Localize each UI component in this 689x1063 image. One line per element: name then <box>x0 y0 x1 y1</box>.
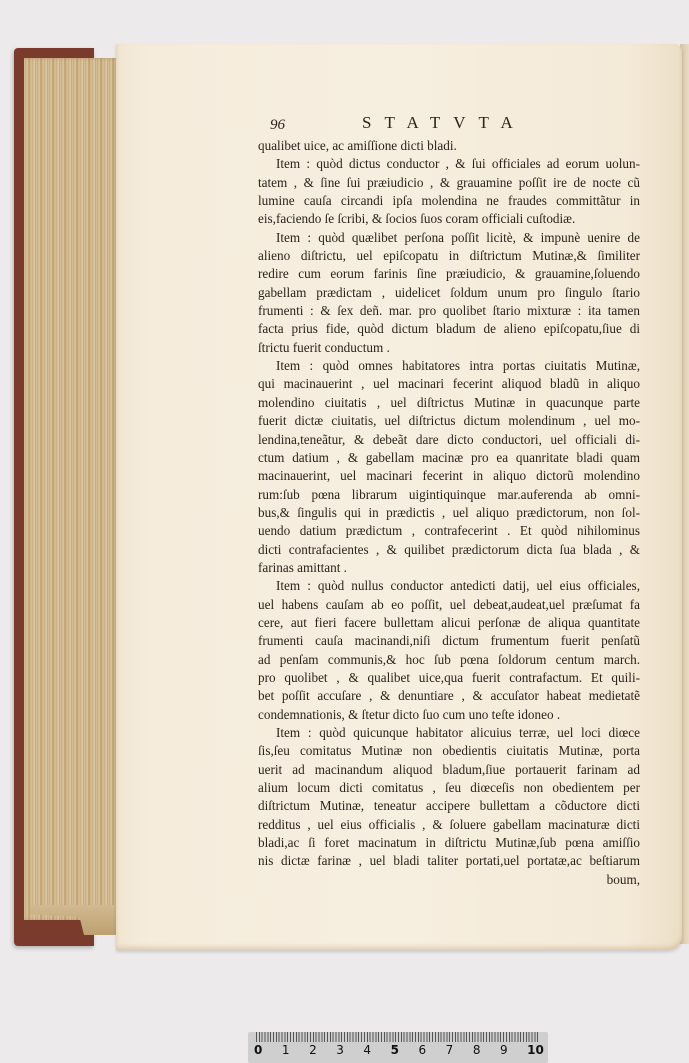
ruler-label: 1 <box>282 1043 290 1063</box>
ruler-label: 8 <box>473 1043 481 1063</box>
text-line: eis,faciendo ſe ſcribi, & ſocios ſuos co… <box>258 210 640 228</box>
text-line: qualibet uice, ac amiſſione dicti bladi. <box>258 137 640 155</box>
text-line: bladi,ac ſi foret macinatum in diſtrictu… <box>258 834 640 852</box>
page-text-block: 96 STATVTA qualibet uice, ac amiſſione d… <box>258 113 646 889</box>
text-line: redire cum eorum farinis ſine præiudicio… <box>258 265 640 283</box>
text-line: lumine cauſa circandi ipſa molendina ne … <box>258 192 640 210</box>
text-line: qui macinauerint , uel macinari fecerint… <box>258 375 640 393</box>
ruler-label: 10 <box>527 1043 544 1063</box>
text-line: rum:ſub pœna librarum uigintiquinque mar… <box>258 486 640 504</box>
text-line: Item : quòd quicunque habitator alicuius… <box>258 724 640 742</box>
text-line: ſtrictu fuerit conductum . <box>258 339 640 357</box>
ruler-label: 6 <box>418 1043 426 1063</box>
text-line: uerit ad macinandum aliquod bladum,ſiue … <box>258 761 640 779</box>
text-line: frumenti cauſa macinandi,niſi dictum fru… <box>258 632 640 650</box>
ruler-label: 0 <box>254 1043 262 1063</box>
catchword: boum, <box>258 871 640 889</box>
scale-ruler: 012345678910 <box>248 1032 548 1063</box>
text-line: facta prius fide, quòd dictum bladum de … <box>258 320 640 338</box>
ruler-label: 9 <box>500 1043 508 1063</box>
text-line: Item : quòd nullus conductor antedicti d… <box>258 577 640 595</box>
ruler-label: 2 <box>309 1043 317 1063</box>
text-line: condemnationis, & ſtetur dicto ſuo cum u… <box>258 706 640 724</box>
page-number: 96 <box>270 117 285 134</box>
text-line: Item : quòd dictus conductor , & ſui off… <box>258 155 640 173</box>
text-line: Item : quòd omnes habitatores intra port… <box>258 357 640 375</box>
text-line: alieno diſtrictu, uel epiſcopatu in diſt… <box>258 247 640 265</box>
text-line: cere, aut fieri facere bullettam alicui … <box>258 614 640 632</box>
ruler-ticks <box>256 1032 540 1042</box>
ruler-label: 5 <box>391 1043 399 1063</box>
text-line: ad penſam communis,& hoc ſub pœna ſoldor… <box>258 651 640 669</box>
text-line: pro quolibet , & qualibet uice,qua fueri… <box>258 669 640 687</box>
text-line: bet poſſit accuſare , & denuntiare , & a… <box>258 687 640 705</box>
running-title: STATVTA <box>362 113 526 133</box>
text-line: farinas amittant . <box>258 559 640 577</box>
text-line: gabellam prædictam , uidelicet ſoldum un… <box>258 284 640 302</box>
text-line: alium locum dicti comitatus , ſeu diœceſ… <box>258 779 640 797</box>
text-lines: qualibet uice, ac amiſſione dicti bladi.… <box>258 137 646 871</box>
ruler-label: 7 <box>446 1043 454 1063</box>
text-line: diſtrictum Mutinæ, teneatur accipere bul… <box>258 797 640 815</box>
text-line: redditus , uel eius officialis , & ſolue… <box>258 816 640 834</box>
text-line: frumenti : & ſex deñ. mar. pro quolibet … <box>258 302 640 320</box>
text-line: fuerit dictæ ciuitatis, uel diſtrictus d… <box>258 412 640 430</box>
page-stack-edge <box>24 58 120 920</box>
text-line: uendo datium prædictum , contrafecerint … <box>258 522 640 540</box>
text-line: dicti contrafacientes , & quilibet prædi… <box>258 541 640 559</box>
text-line: tatem , & ſine ſui præiudicio , & grauam… <box>258 174 640 192</box>
text-line: ſis,ſeu comitatus Mutinæ non obedientis … <box>258 742 640 760</box>
text-line: bus,& ſingulis qui in prædictis , uel al… <box>258 504 640 522</box>
text-line: uel habens cauſam ab eo poſſit, uel debe… <box>258 596 640 614</box>
text-line: macinauerint, uel macinari fecerint in a… <box>258 467 640 485</box>
running-head: 96 STATVTA <box>258 113 646 137</box>
text-line: molendino ciuitatis , uel diſtrictus Mut… <box>258 394 640 412</box>
ruler-label: 4 <box>363 1043 371 1063</box>
text-line: Item : quòd quælibet perſona poſſit lici… <box>258 229 640 247</box>
ruler-label: 3 <box>336 1043 344 1063</box>
text-line: ctum datium , & gabellam macinæ pro ea q… <box>258 449 640 467</box>
ruler-labels: 012345678910 <box>248 1043 548 1063</box>
text-line: lendina,teneãtur, & debeãt dare dicto co… <box>258 431 640 449</box>
book-scan: 96 STATVTA qualibet uice, ac amiſſione d… <box>0 0 689 1063</box>
text-line: nis dictæ farinæ , uel bladi taliter por… <box>258 852 640 870</box>
